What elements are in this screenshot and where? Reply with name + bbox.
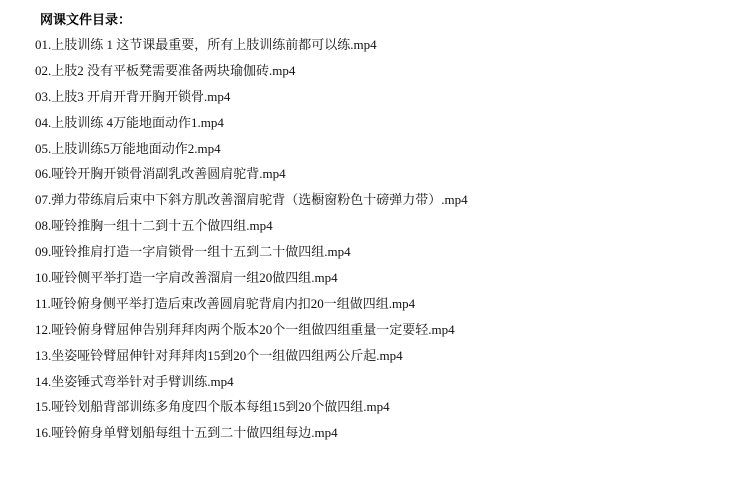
file-item: 12.哑铃俯身臂屈伸告别拜拜肉两个版本20个一组做四组重量一定要轻.mp4 <box>35 317 468 343</box>
file-item: 11.哑铃俯身侧平举打造后束改善圆肩驼背肩内扣20一组做四组.mp4 <box>35 291 468 317</box>
file-item: 13.坐姿哑铃臂屈伸针对拜拜肉15到20个一组做四组两公斤起.mp4 <box>35 343 468 369</box>
file-item: 14.坐姿锤式弯举针对手臂训练.mp4 <box>35 369 468 395</box>
file-item: 09.哑铃推肩打造一字肩锁骨一组十五到二十做四组.mp4 <box>35 239 468 265</box>
file-item: 04.上肢训练 4万能地面动作1.mp4 <box>35 110 468 136</box>
file-item: 06.哑铃开胸开锁骨消副乳改善圆肩驼背.mp4 <box>35 161 468 187</box>
file-item: 16.哑铃俯身单臂划船每组十五到二十做四组每边.mp4 <box>35 420 468 446</box>
file-item: 03.上肢3 开肩开背开胸开锁骨.mp4 <box>35 84 468 110</box>
directory-title: 网课文件目录： <box>35 10 468 32</box>
file-list: 01.上肢训练 1 这节课最重要，所有上肢训练前都可以练.mp4 02.上肢2 … <box>35 32 468 446</box>
file-item: 08.哑铃推胸一组十二到十五个做四组.mp4 <box>35 213 468 239</box>
file-item: 05.上肢训练5万能地面动作2.mp4 <box>35 136 468 162</box>
file-item: 15.哑铃划船背部训练多角度四个版本每组15到20个做四组.mp4 <box>35 394 468 420</box>
file-item: 01.上肢训练 1 这节课最重要，所有上肢训练前都可以练.mp4 <box>35 32 468 58</box>
file-item: 10.哑铃侧平举打造一字肩改善溜肩一组20做四组.mp4 <box>35 265 468 291</box>
file-directory: 网课文件目录： 01.上肢训练 1 这节课最重要，所有上肢训练前都可以练.mp4… <box>35 10 468 446</box>
file-item: 07.弹力带练肩后束中下斜方肌改善溜肩驼背（选橱窗粉色十磅弹力带）.mp4 <box>35 187 468 213</box>
file-item: 02.上肢2 没有平板凳需要准备两块瑜伽砖.mp4 <box>35 58 468 84</box>
